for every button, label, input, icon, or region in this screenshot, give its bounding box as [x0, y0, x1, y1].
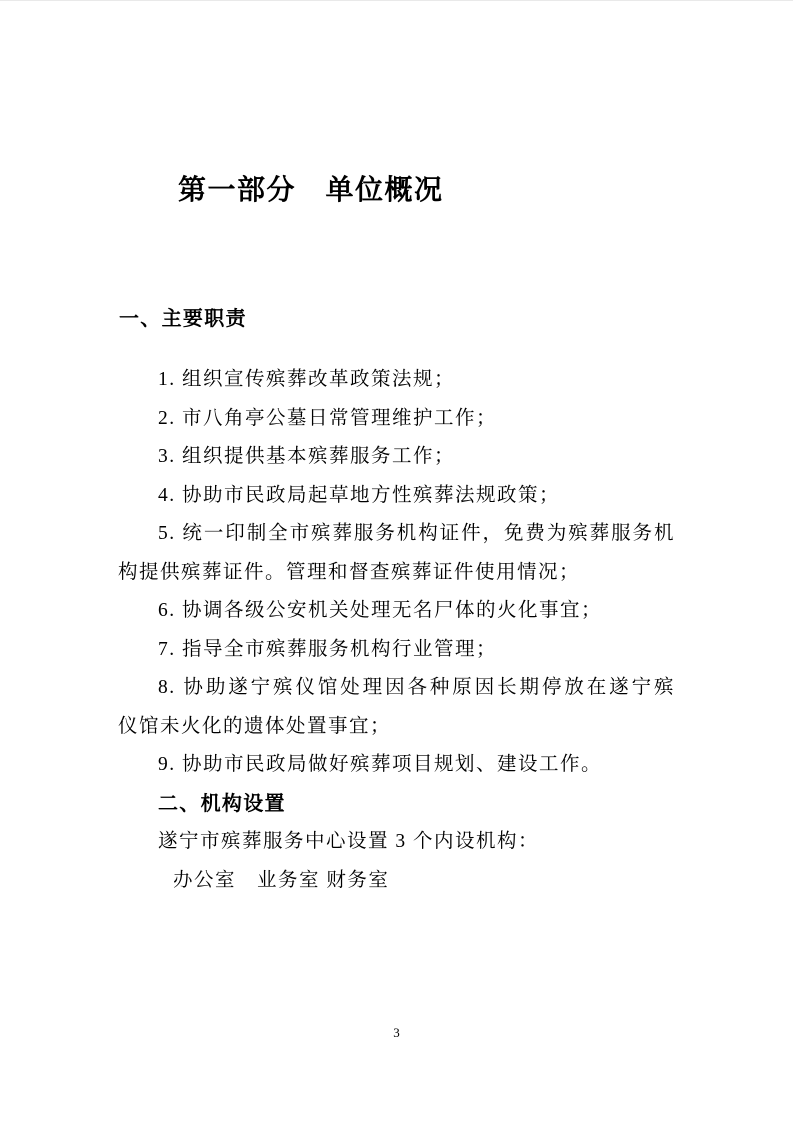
duty-item-4: 4. 协助市民政局起草地方性殡葬法规政策；	[118, 477, 675, 516]
duty-item-1: 1. 组织宣传殡葬改革政策法规；	[118, 361, 675, 400]
duty-item-3: 3. 组织提供基本殡葬服务工作；	[118, 438, 675, 477]
duty-item-2: 2. 市八角亭公墓日常管理维护工作；	[118, 400, 675, 439]
document-body: 1. 组织宣传殡葬改革政策法规； 2. 市八角亭公墓日常管理维护工作； 3. 组…	[118, 361, 675, 900]
section-heading-main-duties: 一、主要职责	[119, 306, 247, 332]
document-title: 第一部分 单位概况	[178, 172, 444, 208]
duty-item-8-line-1: 8. 协助遂宁殡仪馆处理因各种原因长期停放在遂宁殡	[118, 669, 675, 708]
org-setup-line: 遂宁市殡葬服务中心设置 3 个内设机构：	[118, 823, 675, 862]
page-number: 3	[0, 1025, 793, 1041]
duty-item-8-line-2: 仪馆未火化的遗体处置事宜；	[118, 708, 675, 747]
offices-line: 办公室 业务室 财务室	[118, 862, 675, 901]
duty-item-5-line-1: 5. 统一印制全市殡葬服务机构证件，免费为殡葬服务机	[118, 515, 675, 554]
section-heading-org-structure: 二、机构设置	[118, 785, 675, 824]
document-page: 第一部分 单位概况 一、主要职责 1. 组织宣传殡葬改革政策法规； 2. 市八角…	[0, 0, 793, 1123]
duty-item-7: 7. 指导全市殡葬服务机构行业管理；	[118, 631, 675, 670]
duty-item-6: 6. 协调各级公安机关处理无名尸体的火化事宜；	[118, 592, 675, 631]
duty-item-5-line-2: 构提供殡葬证件。管理和督查殡葬证件使用情况；	[118, 554, 675, 593]
duty-item-9: 9. 协助市民政局做好殡葬项目规划、建设工作。	[118, 746, 675, 785]
